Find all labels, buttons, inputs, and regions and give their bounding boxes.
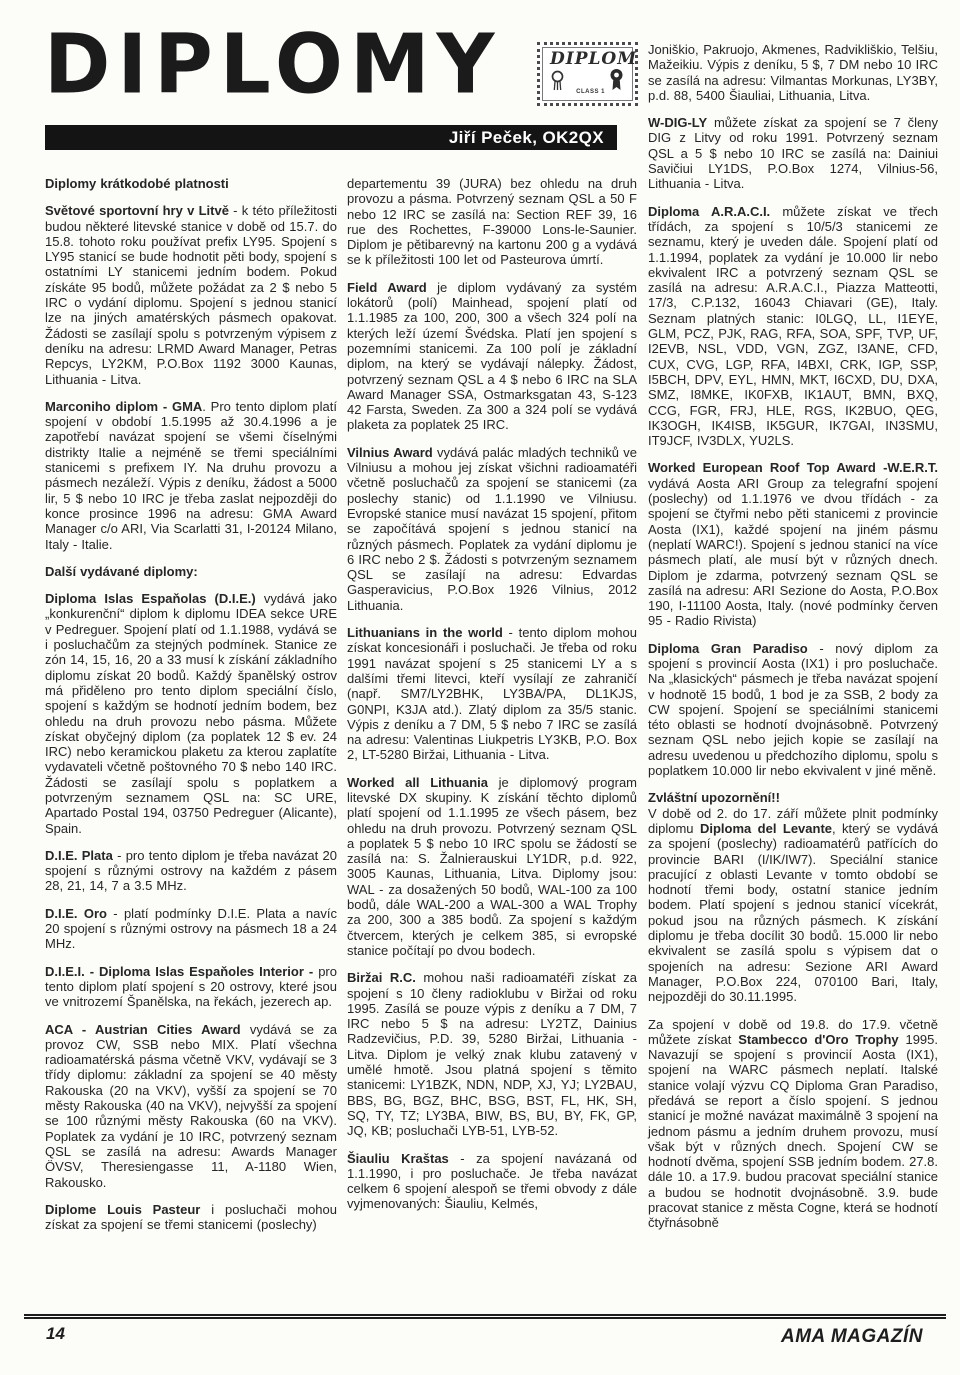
author-bar: Jiří Peček, OK2QX [45,125,617,150]
logo-class-label: CLASS 1 [576,89,605,95]
diplom-badge-row: CLASS 1 [550,68,625,97]
body-paragraph: Worked all Lithuania je diplomový progra… [347,775,637,959]
column-left: Diplomy krátkodobé platnostiSvětové spor… [45,176,337,1244]
body-paragraph: Diploma Gran Paradiso - nový diplom za s… [648,641,938,779]
body-paragraph: Lithuanians in the world - tento diplom … [347,625,637,763]
body-paragraph: Diplome Louis Pasteur i posluchači mohou… [45,1202,337,1233]
body-paragraph: W-DIG-LY můžete získat za spojení se 7 č… [648,115,938,191]
column-middle: departementu 39 (JURA) bez ohledu na dru… [347,176,637,1224]
magazine-name: AMA MAGAZÍN [781,1326,923,1348]
medal-icon [608,68,625,97]
body-paragraph: Světové sportovní hry v Litvě - k této p… [45,203,337,387]
body-paragraph: Zvláštní upozornění!!V době od 2. do 17.… [648,790,938,1004]
footer-rule [24,1314,946,1319]
section-heading: Další vydávané diplomy: [45,564,337,579]
body-paragraph: Marconiho diplom - GMA. Pro tento diplom… [45,399,337,552]
page-title: DIPLOMY [44,24,501,106]
body-paragraph: D.I.E. Plata - pro tento diplom je třeba… [45,848,337,894]
body-paragraph: ACA - Austrian Cities Award vydává se za… [45,1022,337,1190]
body-paragraph: Field Award je diplom vydávaný za systém… [347,280,637,433]
diplom-badge-frame: DIPLOM CLASS 1 [542,47,633,101]
body-paragraph: Worked European Roof Top Award -W.E.R.T.… [648,460,938,628]
body-paragraph: Joniškio, Pakruojo, Akmenes, Radvikliški… [648,42,938,103]
page-number: 14 [46,1324,65,1344]
section-heading: Diplomy krátkodobé platnosti [45,176,337,191]
body-paragraph: Šiauliu Kraštas - za spojení navázaná od… [347,1151,637,1212]
author-credit: Jiří Peček, OK2QX [449,128,604,148]
diplom-badge-title: DIPLOM [550,50,625,68]
body-paragraph: Vilnius Award vydává palác mladých techn… [347,445,637,613]
magazine-page: DIPLOMY DIPLOM CLASS 1 [0,0,960,1375]
body-paragraph: Diploma A.R.A.C.I. můžete získat ve třec… [648,204,938,449]
medal-icon [550,70,565,97]
body-paragraph: departementu 39 (JURA) bez ohledu na dru… [347,176,637,268]
body-paragraph: Za spojení v době od 19.8. do 17.9. včet… [648,1017,938,1231]
body-paragraph: Diploma Islas Espaňolas (D.I.E.) vydává … [45,591,337,836]
body-paragraph: D.I.E.I. - Diploma Islas Espaňoles Inter… [45,964,337,1010]
body-paragraph: Biržai R.C. mohou naši radioamatéři získ… [347,970,637,1138]
body-paragraph: D.I.E. Oro - platí podmínky D.I.E. Plata… [45,906,337,952]
diplom-badge-logo: DIPLOM CLASS 1 [537,42,638,106]
column-right: Joniškio, Pakruojo, Akmenes, Radvikliški… [648,42,938,1243]
